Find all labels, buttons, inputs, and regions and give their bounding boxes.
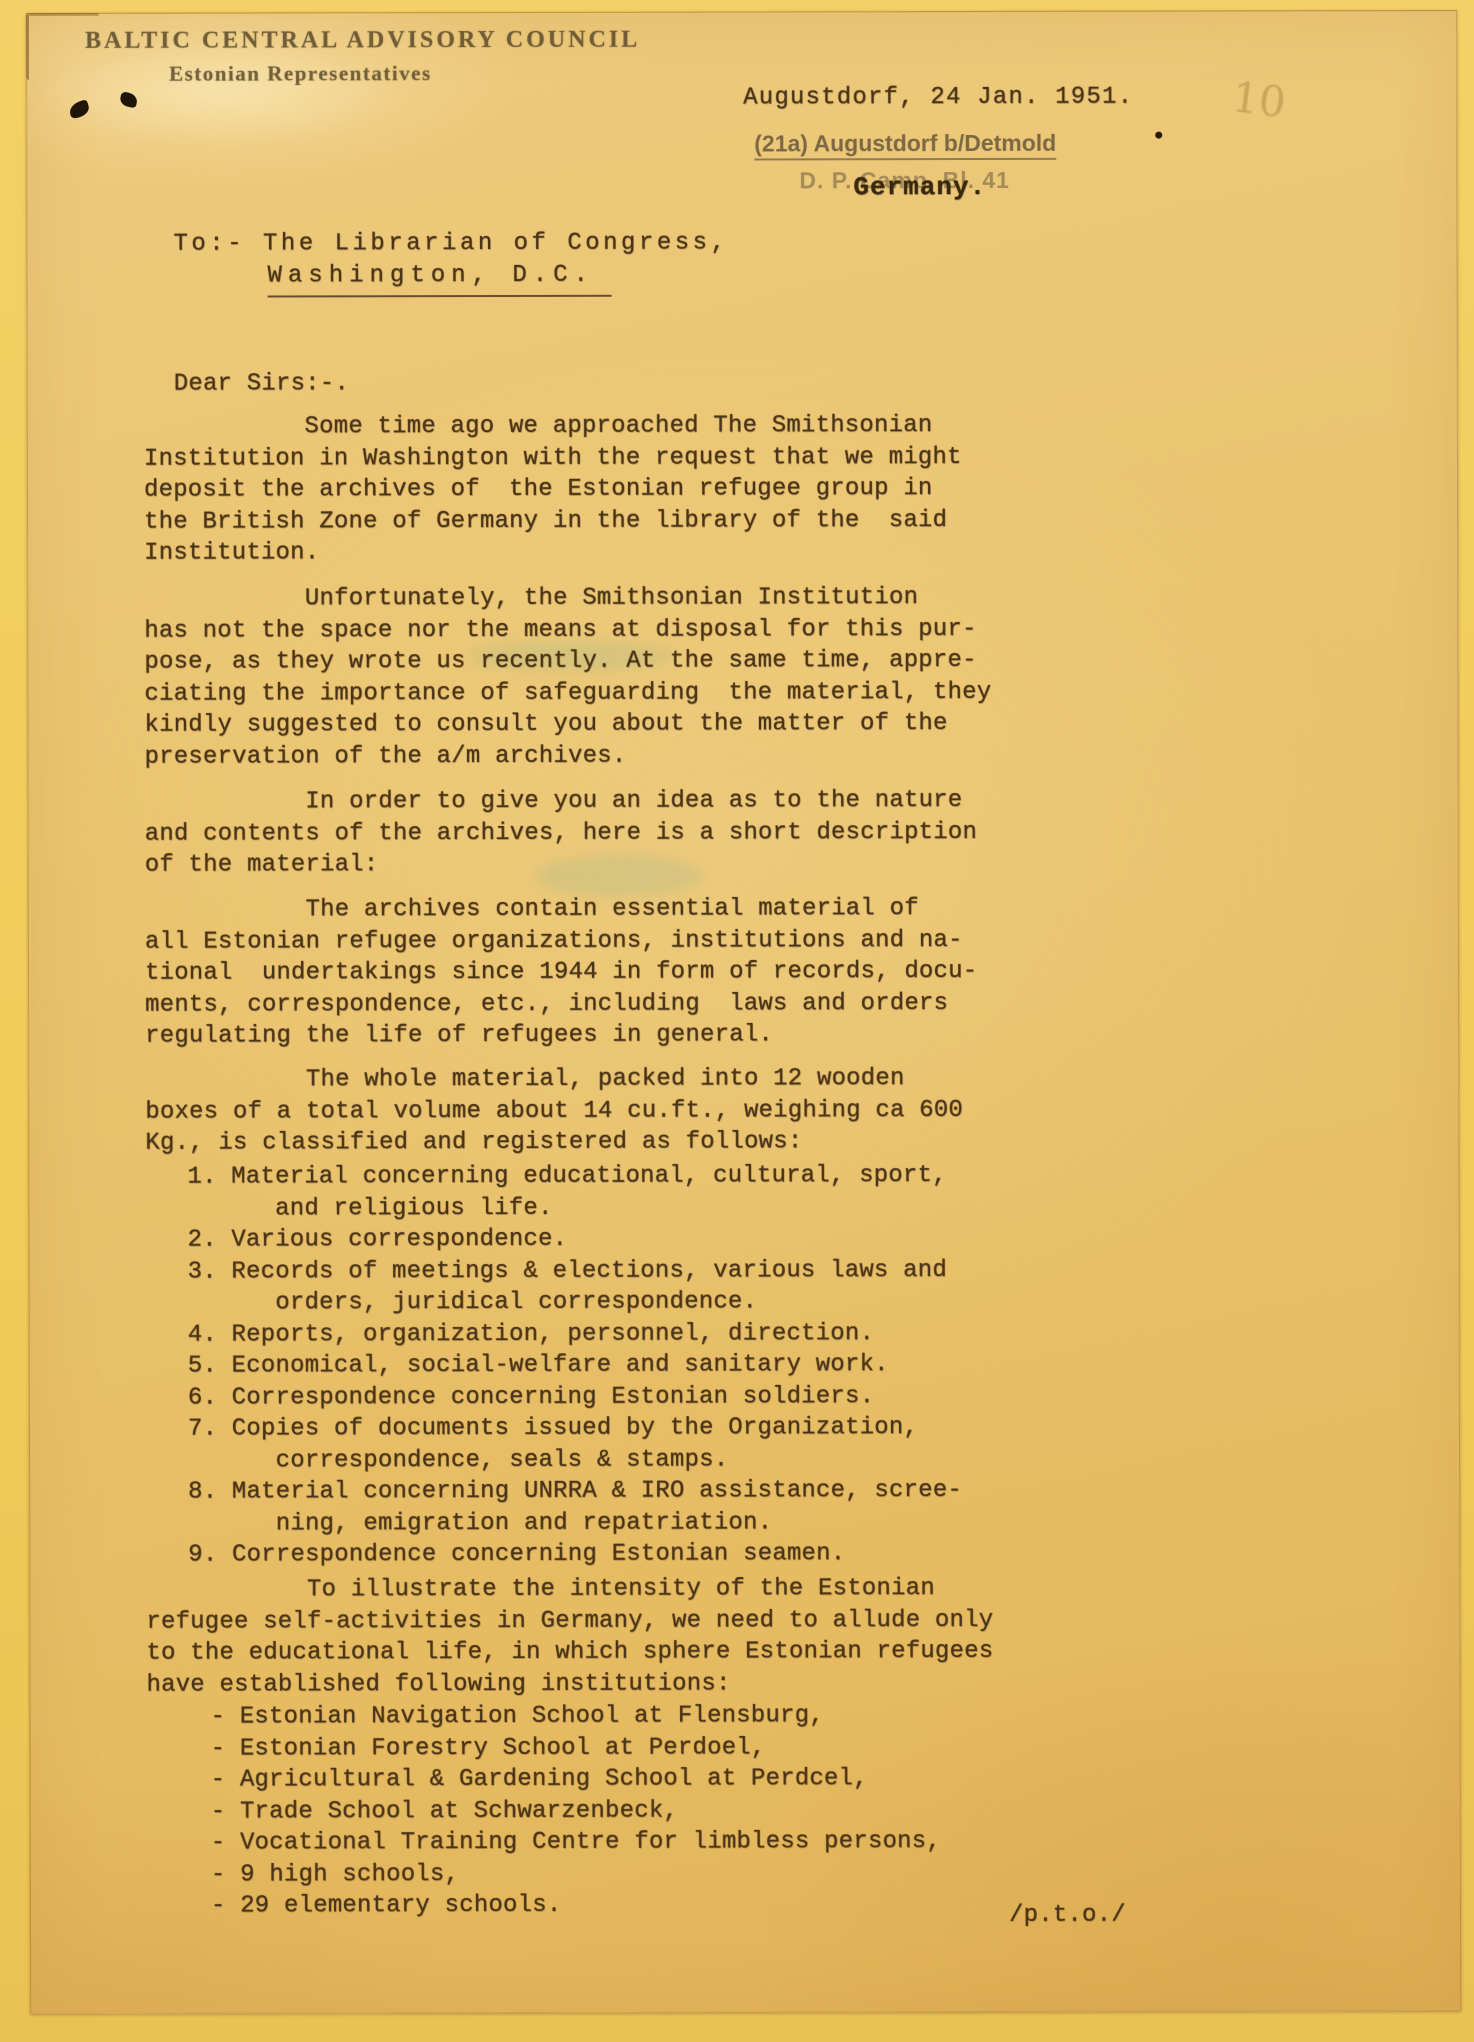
scanned-letter-page: { "colors": { "mat_background": "#f2cc5a… (0, 0, 1474, 2042)
paragraph-educational-life: To illustrate the intensity of the Eston… (146, 1573, 1126, 1701)
numbered-item-1: 1. Material concerning educational, cult… (187, 1160, 1107, 1225)
dateline: Augustdorf, 24 Jan. 1951. (743, 82, 1133, 114)
institution-item-5: - Vocational Training Centre for limbles… (211, 1826, 1131, 1859)
institution-item-4: - Trade School at Schwarzenbeck, (211, 1794, 1131, 1827)
institution-item-1: - Estonian Navigation School at Flensbur… (211, 1700, 1131, 1733)
institution-item-2: - Estonian Forestry School at Perdoel, (211, 1731, 1131, 1764)
numbered-item-6: 6. Correspondence concerning Estonian so… (188, 1380, 1108, 1413)
letter-paper: BALTIC CENTRAL ADVISORY COUNCIL Estonian… (26, 10, 1461, 2014)
pencil-page-number: 10 (1229, 72, 1288, 127)
numbered-item-2: 2. Various correspondence. (188, 1223, 1108, 1256)
institution-item-3: - Agricultural & Gardening School at Per… (211, 1763, 1131, 1796)
letterhead-org-name: BALTIC CENTRAL ADVISORY COUNCIL (85, 27, 640, 55)
numbered-list: 1. Material concerning educational, cult… (187, 1160, 1108, 1571)
paragraph-smithsonian-reply: Unfortunately, the Smithsonian Instituti… (144, 582, 1124, 773)
paragraph-archive-contents: The archives contain essential material … (145, 893, 1125, 1053)
institution-item-7: - 29 elementary schools. (211, 1889, 1131, 1922)
paragraph-description-intro: In order to give you an idea as to the n… (145, 785, 1125, 882)
institution-item-6: - 9 high schools, (211, 1857, 1131, 1890)
country-line: Germany. (853, 172, 986, 204)
address-stamp-line1: (21a) Augustdorf b/Detmold (754, 130, 1056, 161)
institutions-list: - Estonian Navigation School at Flensbur… (211, 1700, 1131, 1922)
numbered-item-8: 8. Material concerning UNRRA & IRO assis… (188, 1475, 1108, 1540)
recipient-line2: Washington, D.C. (268, 260, 613, 297)
paragraph-deposit-request: Some time ago we approached The Smithson… (144, 410, 1124, 570)
numbered-item-9: 9. Correspondence concerning Estonian se… (188, 1538, 1108, 1571)
recipient-line1: To:- The Librarian of Congress, (173, 227, 1153, 261)
page-turn-note: /p.t.o./ (1009, 1900, 1126, 1932)
salutation: Dear Sirs:-. (174, 367, 1154, 401)
numbered-item-5: 5. Economical, social-welfare and sanita… (188, 1349, 1108, 1382)
paragraph-packing-details: The whole material, packed into 12 woode… (145, 1063, 1125, 1160)
numbered-item-7: 7. Copies of documents issued by the Org… (188, 1412, 1108, 1477)
letterhead-subtitle: Estonian Representatives (169, 61, 432, 87)
numbered-item-3: 3. Records of meetings & elections, vari… (188, 1254, 1108, 1319)
numbered-item-4: 4. Reports, organization, personnel, dir… (188, 1317, 1108, 1350)
ink-speck (1155, 132, 1162, 139)
